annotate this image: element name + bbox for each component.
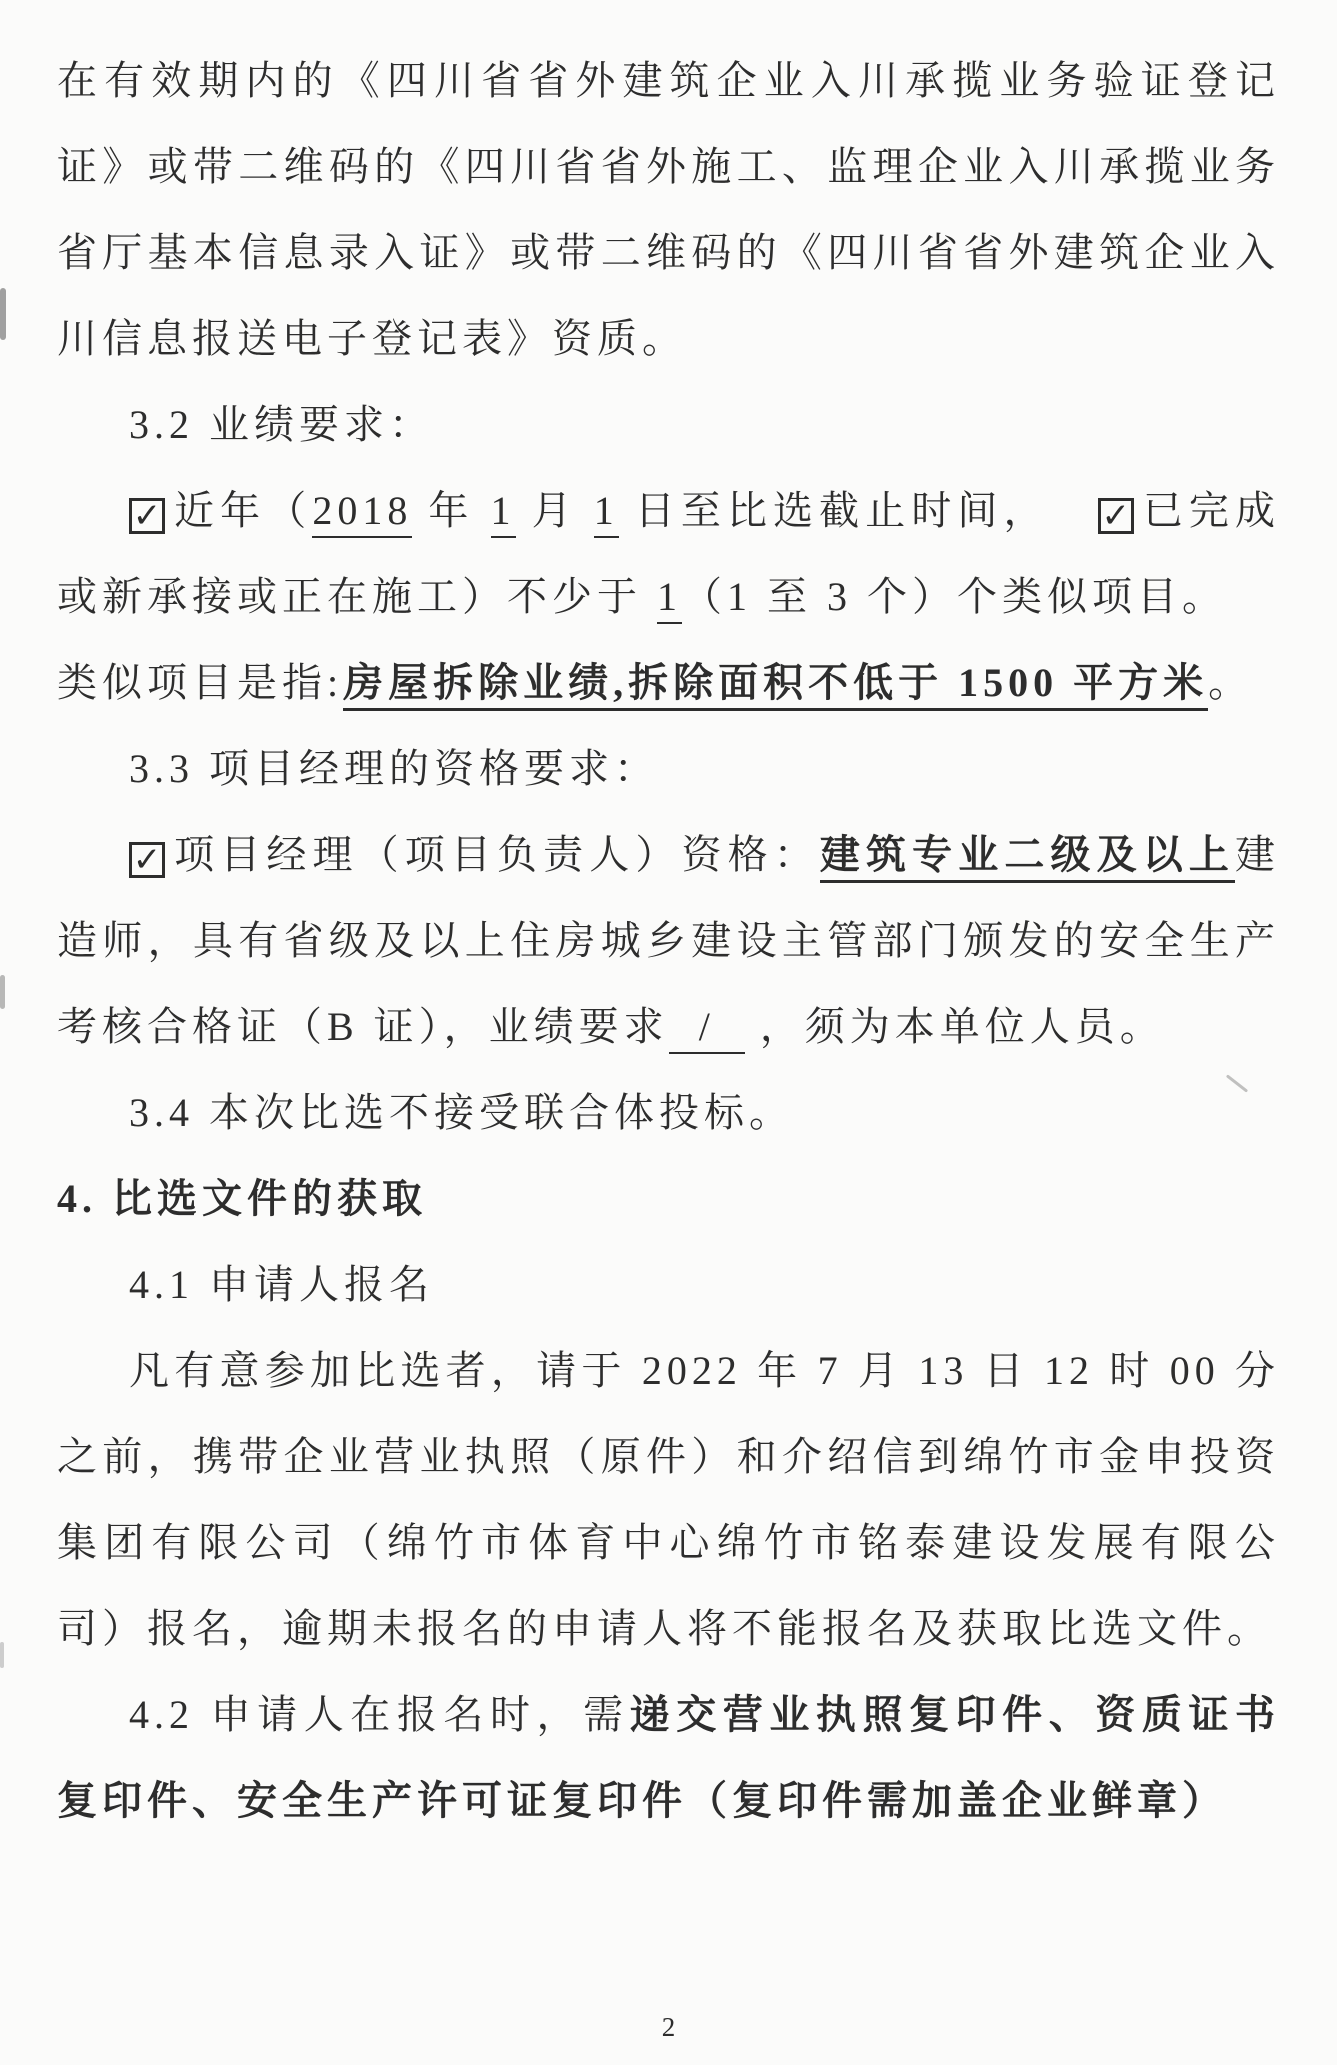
heading-4-1: 4.1 申请人报名 — [57, 1242, 1280, 1328]
day-value: 1 — [594, 488, 619, 538]
month-value: 1 — [491, 488, 516, 538]
paragraph-project-manager-requirement: ✓项目经理（项目负责人）资格：建筑专业二级及以上建造师，具有省级及以上住房城乡建… — [57, 812, 1280, 1070]
text-run: 4.2 申请人在报名时，需 — [129, 1692, 630, 1737]
text-run: （1 至 3 个）个类似项目。 — [682, 574, 1227, 619]
text-run: ，须为本单位人员。 — [745, 1004, 1165, 1049]
year-value: 2018 — [312, 488, 412, 538]
text-run: 月 — [516, 488, 594, 533]
scan-artifact — [0, 1642, 4, 1668]
qualification-level-value: 建筑专业二级及以上 — [820, 832, 1235, 883]
paragraph-qualification-continued: 在有效期内的《四川省省外建筑企业入川承揽业务验证登记证》或带二维码的《四川省省外… — [57, 38, 1280, 382]
text-run: 类似项目是指: — [57, 660, 343, 705]
text-run: 近年（ — [173, 488, 312, 533]
page-number: 2 — [0, 2012, 1337, 2043]
paragraph-4-2-required-copies: 4.2 申请人在报名时，需递交营业执照复印件、资质证书复印件、安全生产许可证复印… — [57, 1672, 1280, 1844]
scan-artifact — [0, 975, 5, 1009]
heading-3-2: 3.2 业绩要求： — [57, 382, 1280, 468]
similar-project-definition-value: 房屋拆除业绩,拆除面积不低于 1500 平方米 — [343, 660, 1208, 711]
heading-3-3: 3.3 项目经理的资格要求： — [57, 726, 1280, 812]
document-page: 在有效期内的《四川省省外建筑企业入川承揽业务验证登记证》或带二维码的《四川省省外… — [0, 0, 1337, 2065]
text-run: 日至比选截止时间， — [619, 488, 1098, 533]
text-run: 年 — [412, 488, 490, 533]
text-run: 。 — [1208, 660, 1253, 705]
checked-checkbox-icon: ✓ — [129, 498, 165, 534]
paragraph-similar-project-definition: 类似项目是指:房屋拆除业绩,拆除面积不低于 1500 平方米。 — [57, 640, 1280, 726]
performance-blank-value: / — [669, 1004, 745, 1054]
scan-artifact — [0, 288, 6, 340]
heading-4: 4. 比选文件的获取 — [57, 1156, 1280, 1242]
paragraph-3-4-no-consortium: 3.4 本次比选不接受联合体投标。 — [57, 1070, 1280, 1156]
project-count-value: 1 — [657, 574, 682, 624]
paragraph-performance-requirement: ✓近年（2018 年 1 月 1 日至比选截止时间， ✓已完成或新承接或正在施工… — [57, 468, 1280, 640]
text-run: 项目经理（项目负责人）资格： — [173, 832, 820, 877]
paragraph-registration-instructions: 凡有意参加比选者，请于 2022 年 7 月 13 日 12 时 00 分之前，… — [57, 1328, 1280, 1672]
checked-checkbox-icon: ✓ — [1098, 498, 1134, 534]
checked-checkbox-icon: ✓ — [129, 842, 165, 878]
